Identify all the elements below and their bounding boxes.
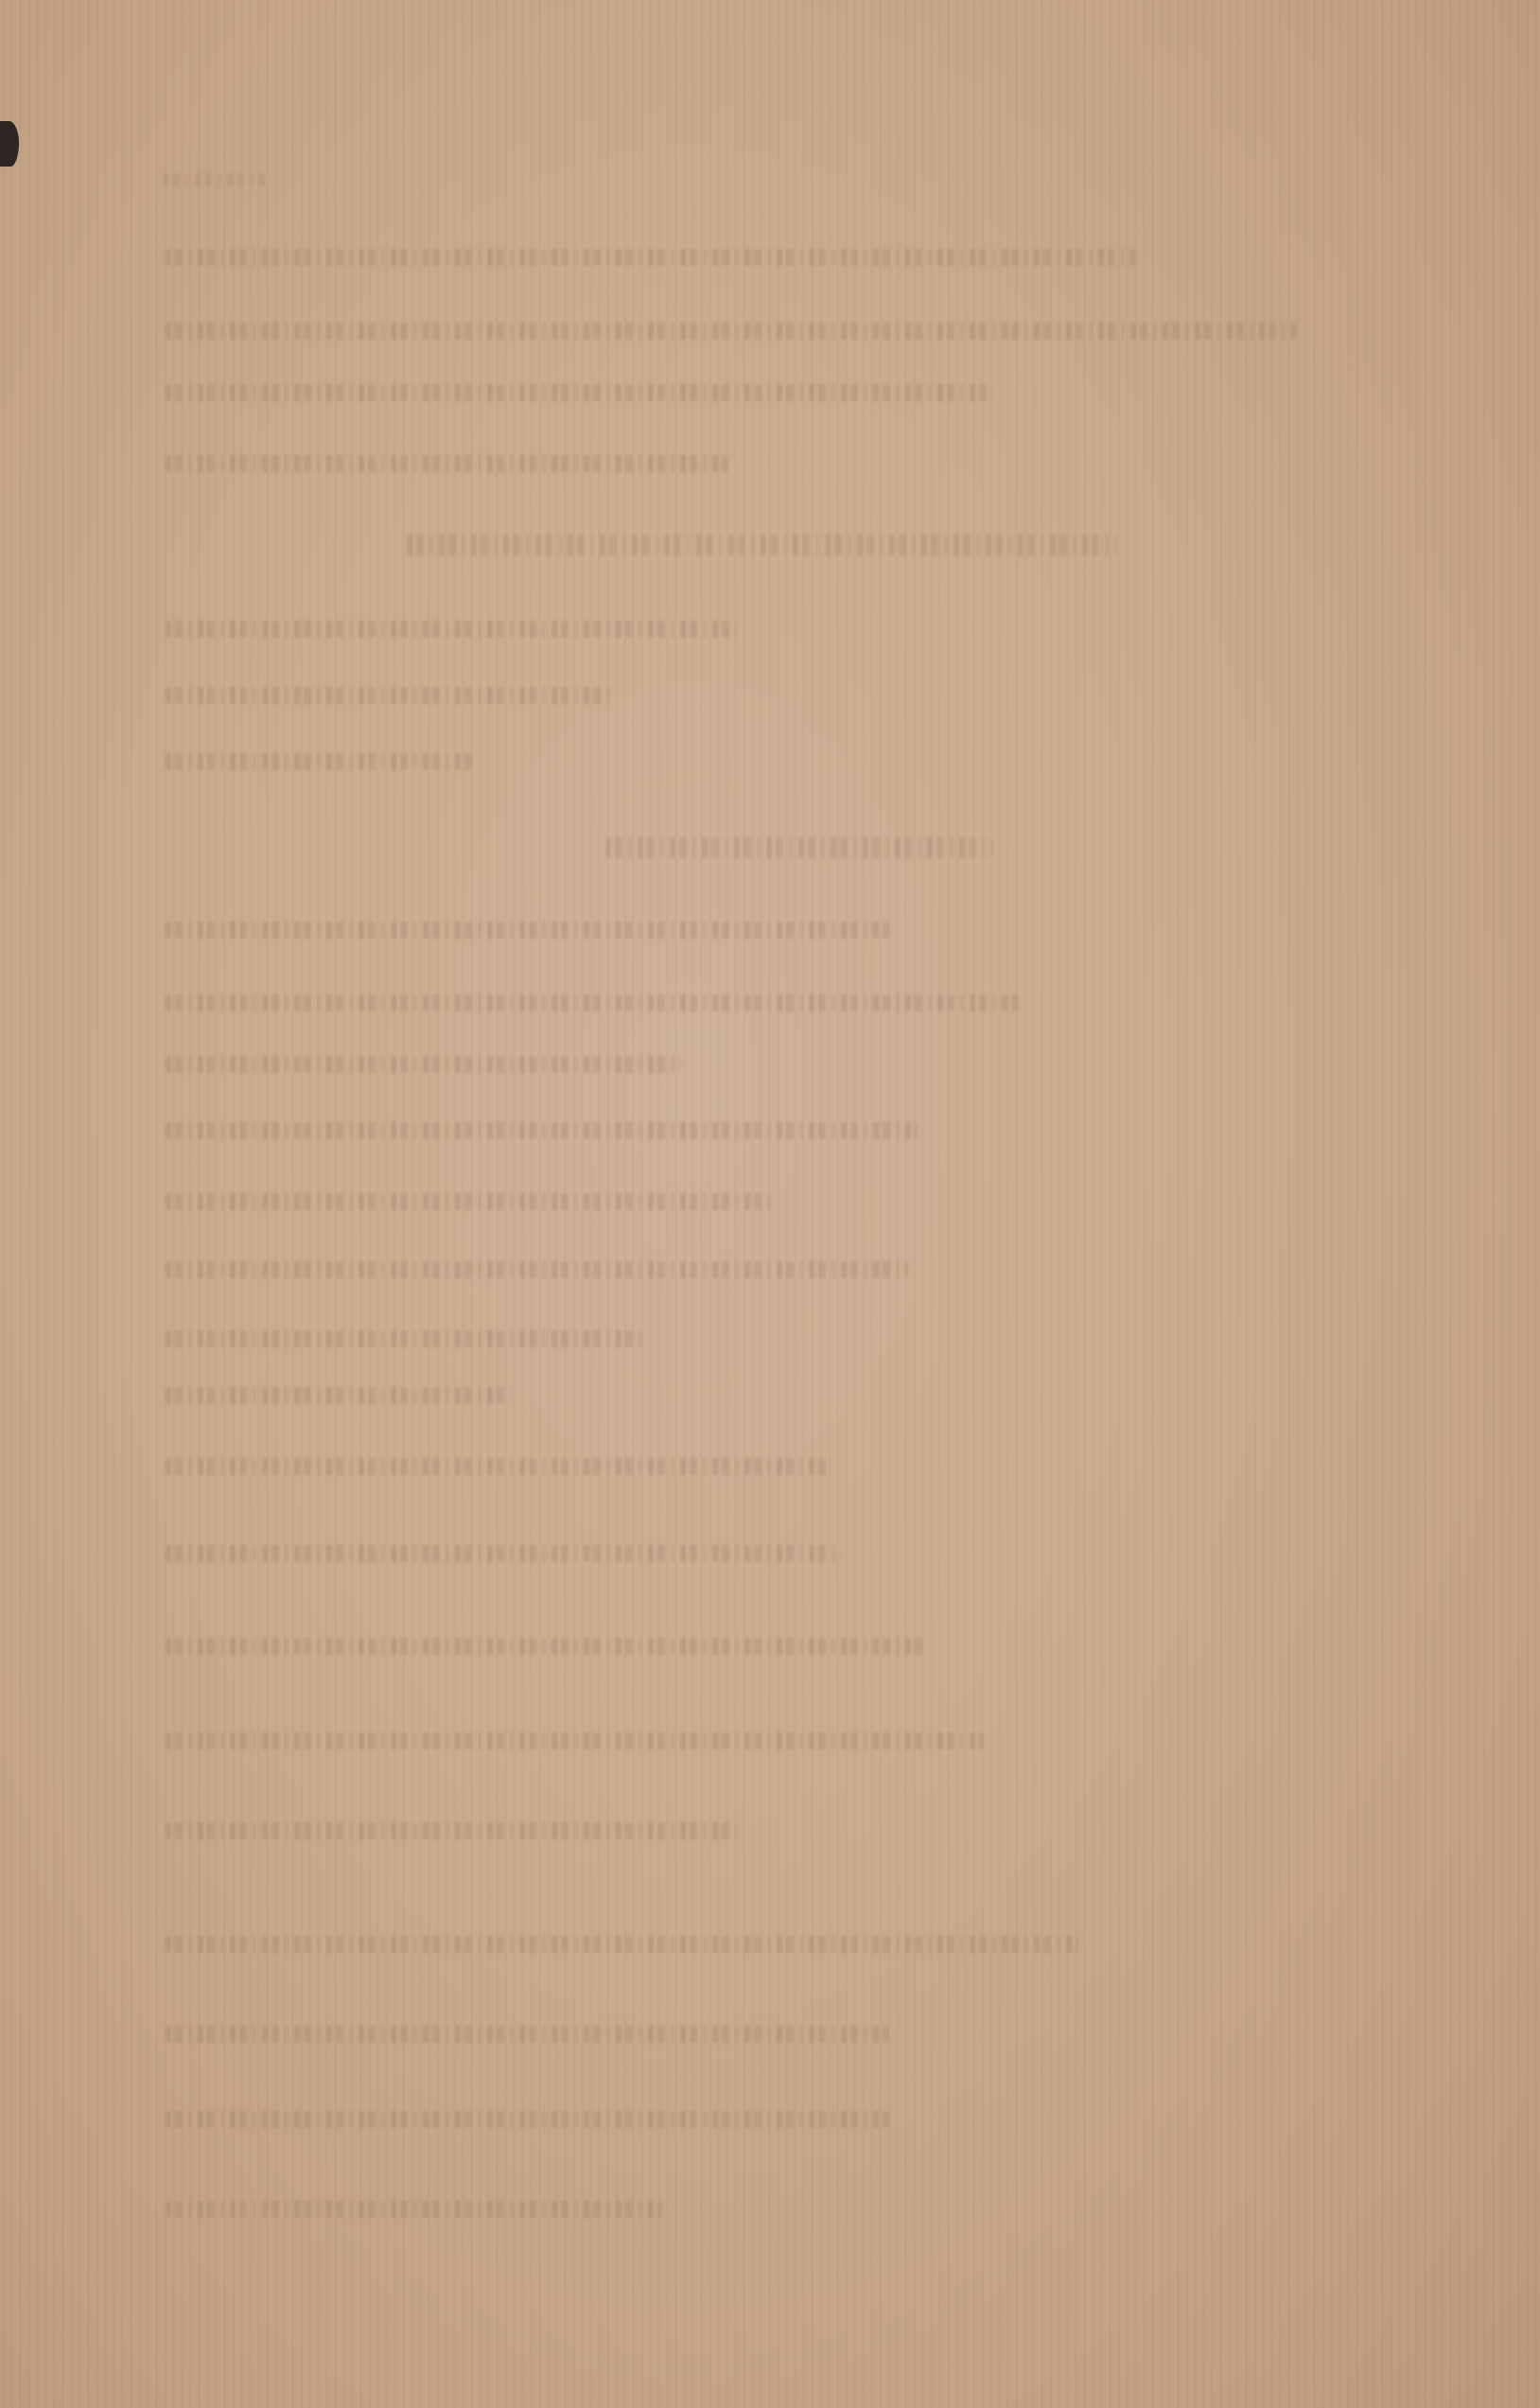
faint-text-line — [166, 249, 1135, 266]
faint-text-line — [166, 1330, 643, 1347]
faint-text-line — [166, 2201, 662, 2218]
faint-section-heading — [407, 535, 1116, 555]
faint-text-line — [166, 1638, 927, 1655]
faint-text-line — [166, 1122, 918, 1139]
faint-text-line — [166, 621, 738, 638]
faint-text-line — [166, 2026, 889, 2043]
faint-text-line — [166, 753, 473, 770]
ink-blot-mark — [0, 121, 19, 167]
faint-text-line — [166, 2111, 889, 2128]
faint-text-line — [166, 1387, 511, 1404]
faint-section-heading — [605, 837, 993, 858]
faint-text-line — [166, 1261, 908, 1278]
faint-text-line — [166, 323, 1296, 340]
faint-text-line — [166, 1822, 738, 1839]
faint-text-line — [163, 173, 267, 186]
scanned-page — [0, 0, 1540, 2408]
faint-text-line — [166, 1056, 681, 1073]
faint-text-line — [166, 455, 728, 472]
faint-text-line — [166, 1936, 1078, 1953]
faint-text-line — [166, 1193, 776, 1210]
faint-text-line — [166, 1545, 842, 1562]
faint-text-line — [166, 1458, 832, 1475]
faint-text-line — [166, 687, 615, 704]
faint-text-line — [166, 1732, 984, 1749]
faint-text-line — [166, 994, 1022, 1011]
faint-text-line — [166, 922, 889, 939]
faint-text-line — [166, 384, 993, 401]
